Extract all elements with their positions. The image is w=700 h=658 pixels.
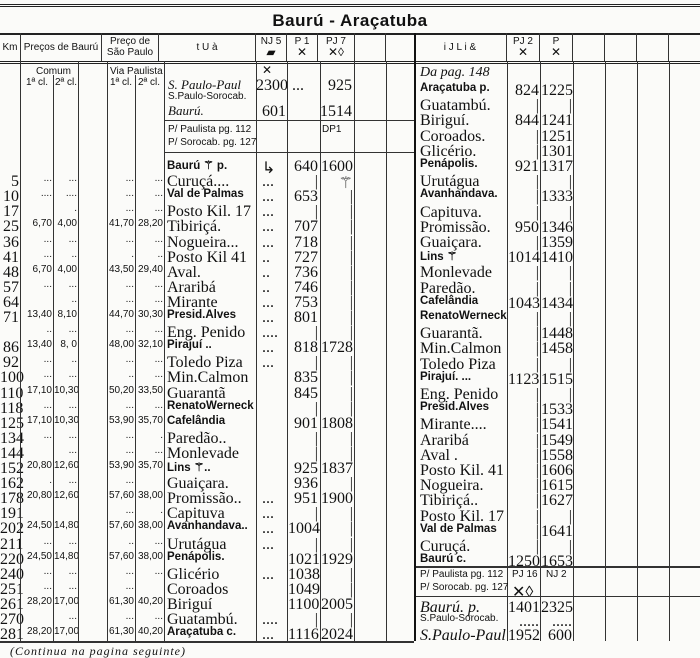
station-name: Guarantã. [420, 325, 483, 337]
train-p1-time: 736 [288, 264, 318, 276]
dining-and-buffet-icon: ✕◊ [328, 47, 344, 58]
fare-comum-1: ... [21, 354, 52, 366]
station-name: Posto Kil. 17 [167, 203, 251, 215]
fare-paulista-1: ... [108, 581, 134, 593]
station-name: Toledo Piza [420, 356, 496, 368]
station-name: Min.Calmon [167, 369, 248, 381]
station-name: Posto Kil. 17 [420, 508, 504, 520]
preco-sao-paulo-header: Preço de São Paulo [102, 33, 159, 61]
station-name: Urutágua [420, 173, 480, 185]
train-time-1: | [508, 234, 539, 246]
fare-paulista-1: ... [108, 279, 134, 291]
train-time-2: 1346 [541, 219, 572, 231]
fare-paulista-1: .. [108, 536, 134, 548]
train-p1-time: 718 [288, 234, 318, 246]
km-cell: 118 [0, 400, 19, 412]
train-time-1: | [508, 401, 539, 413]
column-rule [256, 61, 257, 641]
train-time-1: | [508, 188, 539, 200]
train-time-2: | [541, 173, 572, 185]
from-page-note: Da pag. 148 [420, 65, 490, 77]
fare-comum-1: ... [21, 581, 52, 593]
column-rule [107, 61, 108, 641]
fare-paulista-1: ... [108, 566, 134, 578]
train-pj7-time: | [321, 369, 353, 381]
train-pj7-header: PJ 7✕◊ [318, 33, 355, 61]
dining-car-icon: ✕ [262, 63, 272, 78]
train-time-1: 1014 [508, 249, 539, 261]
train-nj5-time: .... [262, 611, 278, 623]
train-time-2: | [541, 204, 572, 216]
train-time-1: | [508, 264, 539, 276]
station-name: Paredão. [420, 280, 476, 292]
station-name: Tibiriçá. [167, 218, 221, 230]
train-nj5-time: ... [262, 218, 274, 230]
connection-time: 1952 [508, 627, 539, 639]
train-p1-time: 1049 [288, 581, 318, 593]
center-rule [414, 33, 416, 641]
station-name: Posto Kil. 41 [420, 462, 504, 474]
station-name: Curuçá.... [167, 173, 229, 185]
transfer-train: NJ 2 [546, 569, 567, 581]
train-time-2: | [541, 508, 572, 520]
train-time-2: 1458 [541, 340, 572, 352]
train-nj5-time: ... [262, 505, 274, 517]
train-pj7-time: | [321, 445, 353, 457]
fare-paulista-1: ... [108, 188, 134, 200]
fare-comum-2: 12,60 [54, 490, 77, 502]
fare-paulista-1: 44,70 [108, 309, 134, 321]
train-p1-time: 707 [288, 218, 318, 230]
train-time-2: | [541, 386, 572, 398]
fare-comum-1: 20,80 [21, 490, 52, 502]
fare-paulista-1: ... [108, 234, 134, 246]
km-cell: 191 [0, 505, 19, 517]
connection-time: 1514 [318, 103, 352, 115]
train-p1-time: | [288, 445, 318, 457]
fare-comum-1 [21, 203, 52, 215]
train-nj5-time: ... [262, 626, 274, 638]
station-name: Min.Calmon [420, 340, 501, 352]
train-p1-time: | [288, 354, 318, 366]
train-time-2: 1615 [541, 477, 572, 489]
fare-paulista-2: ... [136, 294, 163, 306]
train-pj7-time: 1900 [321, 490, 353, 502]
fare-comum-2: ... [54, 566, 77, 578]
fare-comum-1: 17,10 [21, 385, 52, 397]
right-table-header: i J L i & PJ 2✕ P✕ [414, 33, 700, 64]
cl1-label: 1ª cl. [110, 77, 132, 88]
fare-paulista-2: ... [136, 279, 163, 291]
km-cell: 211 [0, 536, 19, 548]
train-time-2: 1641 [541, 523, 572, 535]
station-name: Glicério [167, 566, 219, 578]
transfer-train: DP1 [322, 124, 341, 136]
fare-comum-1: 13,40 [21, 339, 52, 351]
station-name: Aval . [420, 447, 458, 459]
train-time-2: | [541, 538, 572, 550]
dining-car-icon: ✕ [518, 47, 528, 58]
fare-comum-1: 17,10 [21, 415, 52, 427]
train-nj5-time: .. [262, 279, 270, 291]
km-cell: 251 [0, 581, 19, 593]
train-time-1: 844 [508, 112, 539, 124]
train-p1-time: | [288, 430, 318, 442]
connection-station: S.Paulo-Sorocab. [420, 613, 498, 625]
train-p1-time: 835 [288, 369, 318, 381]
fare-paulista-2: ... [136, 324, 163, 336]
fare-comum-1: ... [21, 234, 52, 246]
train-p1-time: 727 [288, 249, 318, 261]
divider [416, 566, 700, 568]
train-p1-time: | [288, 173, 318, 185]
train-time-2: 1653 [541, 553, 572, 565]
train-time-1: | [508, 523, 539, 535]
train-pj7-time: | [321, 354, 353, 366]
train-pj7-time: | [321, 475, 353, 487]
km-cell: 178 [0, 490, 19, 502]
fare-comum-1 [21, 611, 52, 623]
fare-paulista-2: ... [136, 611, 163, 623]
train-pj7-time: | [321, 188, 353, 200]
train-p1-time: 1021 [288, 551, 318, 563]
fare-comum-2: ... [54, 611, 77, 623]
title-text: Baurú - Araçatuba [272, 11, 427, 30]
train-p1-time: 936 [288, 475, 318, 487]
fare-paulista-1: ... [108, 173, 134, 185]
station-name: Lins ⚚ [420, 249, 457, 261]
station-name: Coroados. [420, 128, 485, 140]
column-rule [540, 61, 541, 641]
fare-paulista-1: ... [108, 203, 134, 215]
train-p1-header: P 1✕ [287, 33, 318, 61]
transfer-train: PJ 16 [512, 569, 538, 581]
train-nj5-time: ... [262, 309, 274, 321]
empty-header [669, 33, 700, 61]
train-time-2: 1410 [541, 249, 572, 261]
fare-comum-1: .. [21, 324, 52, 336]
train-p1-time: | [288, 203, 318, 215]
fare-paulista-2: 40,20 [136, 626, 163, 638]
fare-paulista-2: . [136, 505, 163, 517]
train-time-1: 1043 [508, 295, 539, 307]
station-name: Monlevade [167, 445, 239, 457]
connection-time: ..... [508, 613, 539, 625]
train-time-1: | [508, 143, 539, 155]
train-pj7-time: | [321, 279, 353, 291]
train-p1-time: 845 [288, 385, 318, 397]
fare-paulista-2: 35,70 [136, 460, 163, 472]
bottom-rule [0, 641, 414, 643]
connection-time: 2300 [256, 77, 286, 89]
connection-station: S.Paulo-Sorocab. [168, 91, 246, 103]
station-name: Toledo Piza [167, 354, 243, 366]
train-nj5-time: ↳ [262, 158, 275, 170]
train-time-1: | [508, 280, 539, 292]
fare-comum-2: .... [54, 188, 77, 200]
train-time-2: 1606 [541, 462, 572, 474]
transfer-note: P/ Paulista pg. 112 [168, 124, 251, 136]
train-time-2: 1241 [541, 112, 572, 124]
train-pj7-time: | [321, 249, 353, 261]
train-pj7-time: | [321, 385, 353, 397]
station-name: Cafelândia [167, 415, 225, 427]
fare-comum-2: 4,00 [54, 218, 77, 230]
fare-comum-2: 8,10 [54, 309, 77, 321]
train-time-2: 1301 [541, 143, 572, 155]
fare-comum-2: 8, 0 [54, 339, 77, 351]
fare-comum-1 [21, 294, 52, 306]
timetable-page: Baurú - Araçatuba Km Preços de Baurú Pre… [0, 0, 700, 658]
km-cell: 71 [0, 309, 19, 321]
train-time-1: | [508, 340, 539, 352]
fare-paulista-1: .. [108, 369, 134, 381]
connection-time: ..... [541, 613, 572, 625]
train-time-2: 1434 [541, 295, 572, 307]
fare-paulista-2: 38,00 [136, 490, 163, 502]
station-name: Penápolis. [420, 158, 478, 170]
train-header-right-2: P✕ [540, 33, 573, 61]
fare-comum-2: . [54, 203, 77, 215]
station-name: Capituva. [420, 204, 482, 216]
train-time-1: 921 [508, 158, 539, 170]
train-pj7-time: | [321, 264, 353, 276]
km-cell: 86 [0, 339, 19, 351]
km-cell: 144 [0, 445, 19, 457]
fare-paulista-1: 57,60 [108, 520, 134, 532]
train-time-2: 1627 [541, 492, 572, 504]
train-time-2: 1225 [541, 82, 572, 94]
train-pj7-time: | [321, 294, 353, 306]
km-cell: 10 [0, 188, 19, 200]
train-nj5-time: ... [262, 173, 274, 185]
station-header-right: i J L i & [414, 33, 507, 61]
train-nj5-time: ... [262, 234, 274, 246]
column-rule [669, 61, 670, 641]
fare-paulista-2: ... [136, 354, 163, 366]
page-title: Baurú - Araçatuba [0, 4, 700, 35]
fare-paulista-2 [136, 158, 163, 170]
station-name: Eng. Penido [167, 324, 245, 336]
sleeper-car-icon: ▰ [266, 47, 275, 58]
station-name: Araribá [167, 279, 216, 291]
km-cell: 220 [0, 551, 19, 563]
connection-time: ... [292, 77, 304, 89]
train-header-right-1: PJ 2✕ [507, 33, 540, 61]
train-pj7-time: 2024 [321, 626, 353, 638]
station-name: Avanhandava. [420, 188, 498, 200]
station-name: Paredão.. [167, 430, 227, 442]
train-nj5-time: .... [262, 324, 278, 336]
train-nj5-header: NJ 5▰ [256, 33, 287, 61]
train-p1-time: | [288, 505, 318, 517]
fare-paulista-2: 38,00 [136, 520, 163, 532]
train-p1-time: | [288, 324, 318, 336]
fare-comum-1: 28,20 [21, 626, 52, 638]
column-rule [605, 61, 606, 641]
train-pj7-time: | [321, 400, 353, 412]
train-pj7-time: | [321, 611, 353, 623]
station-name: Tibiriçá.. [420, 492, 478, 504]
train-time-2: | [541, 356, 572, 368]
train-time-1: | [508, 97, 539, 109]
fare-comum-2 [54, 505, 77, 517]
train-p1-time: 746 [288, 279, 318, 291]
train-time-1: | [508, 128, 539, 140]
fare-comum-2: ... [54, 369, 77, 381]
train-p1-time: 901 [288, 415, 318, 427]
fare-paulista-1: 61,30 [108, 626, 134, 638]
train-pj7-time: | [321, 581, 353, 593]
fare-paulista-1: 50,20 [108, 385, 134, 397]
dining-car-icon: ✕ [551, 47, 561, 58]
column-rule [573, 61, 574, 641]
fare-comum-2: 14,80 [54, 551, 77, 563]
fare-comum-1: 24,50 [21, 520, 52, 532]
train-time-1: | [508, 310, 539, 322]
station-name: Capituva [167, 505, 225, 517]
train-time-1: | [508, 508, 539, 520]
train-pj7-time: 1929 [321, 551, 353, 563]
station-name: Baurú c. [420, 553, 466, 565]
train-pj7-time: | [321, 218, 353, 230]
connection-time: 601 [256, 103, 286, 115]
station-name: Guatambú. [167, 611, 238, 623]
fare-paulista-1: ... [108, 611, 134, 623]
fare-paulista-1: ... [108, 505, 134, 517]
connection-time: 600 [541, 627, 572, 639]
station-name: Mirante.... [420, 416, 487, 428]
train-nj5-time: ... [262, 339, 274, 351]
transfer-note: P/ Sorocab. pg. 127 [168, 137, 256, 149]
column-rule [78, 61, 79, 641]
train-p1-time: | [288, 611, 318, 623]
km-cell [0, 158, 19, 170]
train-time-2: 1558 [541, 447, 572, 459]
fare-paulista-2 [136, 475, 163, 487]
fare-paulista-2 [136, 581, 163, 593]
station-name: Mirante [167, 294, 218, 306]
dining-car-icon: ✕ [297, 47, 307, 58]
column-rule [164, 61, 165, 641]
fare-comum-1: ... [21, 173, 52, 185]
station-name: Guaiçara. [420, 234, 482, 246]
train-pj7-time: | [321, 566, 353, 578]
fare-paulista-2: ... [136, 369, 163, 381]
train-pj7-time: 1728 [321, 339, 353, 351]
fare-paulista-2: ... [136, 188, 163, 200]
station-name: Araçatuba p. [420, 82, 490, 94]
station-name: Curuçá. [420, 538, 470, 550]
km-cell: 162 [0, 475, 19, 487]
fare-comum-2: ... [54, 445, 77, 457]
fare-paulista-1: ... [108, 294, 134, 306]
station-name: Guarantã [167, 385, 226, 397]
train-p1-time: 1004 [288, 520, 318, 532]
station-name: RenatoWerneck [167, 400, 254, 412]
empty-header [386, 33, 415, 61]
station-name: Avanhandava.. [167, 520, 248, 532]
train-pj7-time: ⚚ [321, 173, 353, 185]
fare-comum-1: 28,20 [21, 596, 52, 608]
connection-station: S.Paulo-Paul [420, 627, 506, 639]
continuation-note: (Continua na pagina seguinte) [10, 644, 186, 658]
fare-comum-1: ... [21, 279, 52, 291]
train-p1-time: 653 [288, 188, 318, 200]
fare-comum-1 [21, 445, 52, 457]
train-nj5-time: ... [262, 566, 274, 578]
fare-paulista-1: 41,70 [108, 218, 134, 230]
train-time-2: 1549 [541, 432, 572, 444]
train-p1-time: 1100 [288, 596, 318, 608]
train-time-1: | [508, 492, 539, 504]
train-nj5-time: ... [262, 520, 274, 532]
fare-comum-2: ... [54, 581, 77, 593]
train-nj5-time: .. [262, 264, 270, 276]
train-nj5-time: ... [262, 188, 274, 200]
column-rule [53, 75, 54, 641]
fare-comum-2: .. [54, 294, 77, 306]
cl2-label: 2ª cl. [138, 77, 160, 88]
train-time-1: | [508, 462, 539, 474]
cl2-label: 2ª cl. [55, 77, 77, 88]
train-time-1: | [508, 204, 539, 216]
fare-paulista-2: ... [136, 234, 163, 246]
train-p1-time: 1038 [288, 566, 318, 578]
train-p1-time: 818 [288, 339, 318, 351]
train-pj7-time: 1837 [321, 460, 353, 472]
train-nj5-time: .. [262, 249, 270, 261]
fare-paulista-1: ... [108, 430, 134, 442]
connection-station: Baurú. [168, 103, 204, 115]
fare-paulista-2: ... [136, 566, 163, 578]
train-pj7-time: | [321, 520, 353, 532]
fare-comum-1: ... [21, 536, 52, 548]
fare-comum-1 [21, 505, 52, 517]
fare-comum-2: 10,30 [54, 415, 77, 427]
train-time-2: 1541 [541, 416, 572, 428]
km-cell: 64 [0, 294, 19, 306]
fare-paulista-1: . [108, 249, 134, 261]
fare-comum-1: .... [21, 188, 52, 200]
fare-comum-1: ... [21, 369, 52, 381]
train-time-1: | [508, 173, 539, 185]
fare-comum-2: ... [54, 234, 77, 246]
dining-and-buffet-icon: ✕◊ [512, 582, 533, 594]
fare-paulista-1: 57,60 [108, 551, 134, 563]
empty-header [355, 33, 386, 61]
station-name: Baurú ⚚ p. [167, 158, 227, 170]
connection-station: Baurú. p. [420, 599, 480, 611]
fare-comum-2: ... [54, 430, 77, 442]
fare-comum-1: 20,80 [21, 460, 52, 472]
fare-paulista-2: ... [136, 400, 163, 412]
left-table-header: Km Preços de Baurú Preço de São Paulo t … [0, 33, 414, 64]
fare-paulista-1: 61,30 [108, 596, 134, 608]
fare-paulista-2: 32,10 [136, 339, 163, 351]
station-name: Pirajuí .. [167, 339, 212, 351]
train-p1-time: | [288, 400, 318, 412]
fare-paulista-2: .. [136, 249, 163, 261]
fare-comum-2: .. [54, 354, 77, 366]
train-nj5-time: ... [262, 536, 274, 548]
km-cell: 202 [0, 520, 19, 532]
connection-time: 2325 [541, 599, 572, 611]
train-time-2: 1333 [541, 188, 572, 200]
fare-comum-1: ... [21, 430, 52, 442]
km-cell: 152 [0, 460, 19, 472]
train-time-1: | [508, 386, 539, 398]
